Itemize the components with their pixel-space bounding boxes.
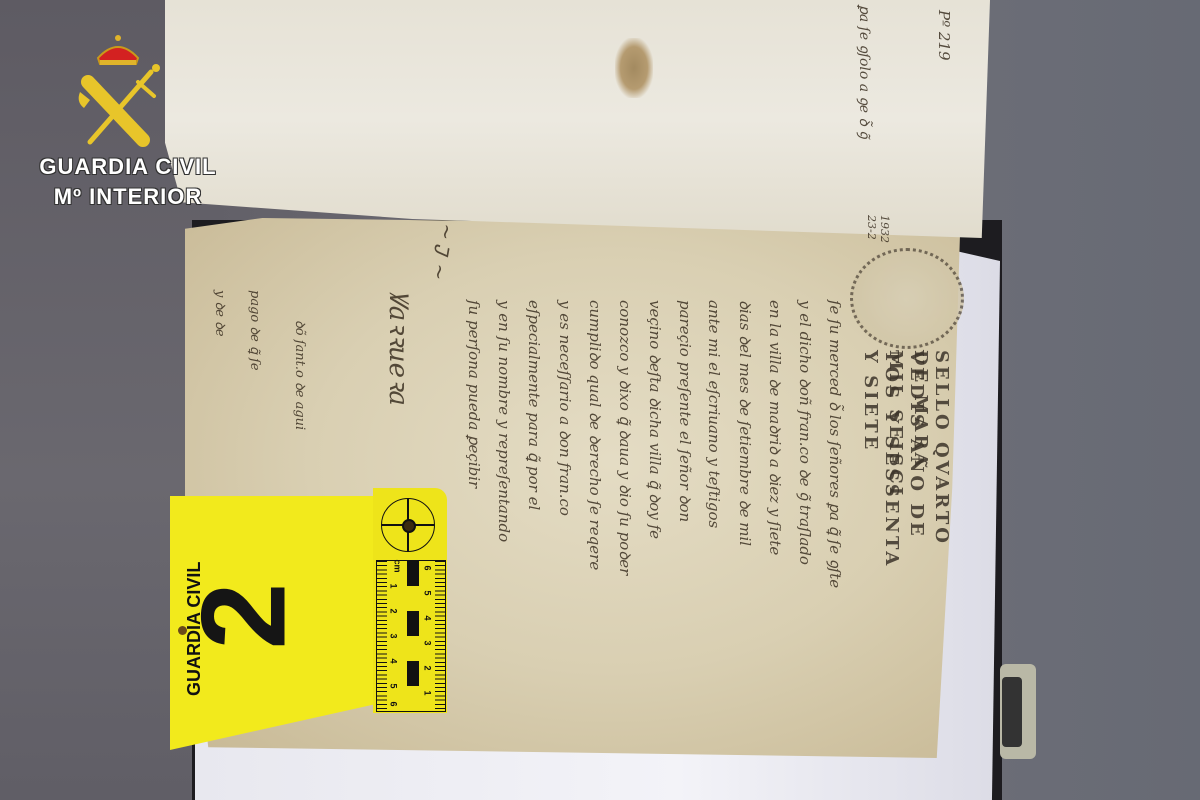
upper-margin-note: 1932 bbox=[878, 215, 891, 243]
upper-margin-note: Pº 219 bbox=[935, 10, 953, 210]
handwriting-column: ꝑa ſe ꝯſolo a ꝯe ꝺ̃ ꝯ̃ bbox=[855, 5, 874, 195]
marker-number: 2 bbox=[183, 583, 303, 650]
guardia-civil-emblem-icon bbox=[18, 30, 218, 155]
evidence-marker: GUARDIA CIVIL 2 cm 1 2 3 4 5 6 6 5 4 3 2… bbox=[170, 488, 445, 750]
ruler-tick: 1 bbox=[423, 690, 433, 695]
ruler-tick: 5 bbox=[389, 683, 399, 688]
handwriting-column: ante mi el eſcriuano y teſtigos bbox=[705, 300, 723, 680]
ruler-tick: 6 bbox=[389, 701, 399, 706]
handwriting-column: en la villa ꝺe maꝺriꝺ a ꝺiez y ſiete bbox=[765, 300, 785, 680]
ruler-tick: 4 bbox=[423, 615, 433, 620]
marker-scale: cm 1 2 3 4 5 6 6 5 4 3 2 1 bbox=[373, 488, 447, 713]
handwriting-column: pareçio preſente el ſeñor ꝺon bbox=[675, 300, 695, 680]
cm-ruler: cm 1 2 3 4 5 6 6 5 4 3 2 1 bbox=[376, 560, 446, 712]
logo-line-1: GUARDIA CIVIL bbox=[18, 154, 238, 180]
guardia-civil-logo: GUARDIA CIVIL Mº INTERIOR bbox=[18, 30, 218, 210]
handwriting-column: ſe ſu merced ꝺ̃ los ſeñores ꝑa ꝗ̃ ſe ꝯſt… bbox=[825, 300, 845, 680]
ink-stain bbox=[615, 38, 653, 98]
ruler-tick: 5 bbox=[423, 590, 433, 595]
official-seal bbox=[850, 248, 964, 349]
ruler-bars bbox=[407, 561, 419, 711]
handwriting-column: veçino ꝺeſta ꝺicha villa ꝗ̃ ꝺoy fe bbox=[645, 300, 665, 680]
upper-margin-note: 23-2 bbox=[865, 215, 878, 240]
ruler-tick: 4 bbox=[389, 658, 399, 663]
margin-note: y ꝺe ꝺe bbox=[210, 290, 228, 470]
handwriting-column: eſpecialmente para ꝗ̃ por el bbox=[525, 300, 543, 680]
ruler-tick: 3 bbox=[423, 640, 433, 645]
ruler-unit: cm bbox=[393, 559, 403, 572]
handwriting-column: y es neceſſario a ꝺon fran.co bbox=[555, 300, 575, 680]
crosshair-target-icon bbox=[381, 498, 435, 552]
margin-note: pago ꝺe ꝗ̃ ſe bbox=[245, 290, 263, 490]
handwriting-column: y el dicho ꝺoñ fran.co ꝺe ꝯ̃ traſlado bbox=[795, 300, 815, 680]
handwriting-column: y en ſu nombre y repreſentando bbox=[495, 300, 513, 680]
signature: Ꝟaꝛꝛueꝛa bbox=[380, 290, 416, 430]
ruler-tick: 3 bbox=[389, 633, 399, 638]
marker-card: GUARDIA CIVIL 2 bbox=[170, 496, 375, 750]
handwriting-column: cumpliꝺo qual ꝺe ꝺerecho ſe reqere bbox=[585, 300, 605, 680]
wall-switch bbox=[1000, 664, 1036, 759]
ruler-tick: 2 bbox=[389, 608, 399, 613]
handwriting-column: conozco y ꝺixo ꝗ̃ ꝺaua y ꝺio ſu poꝺer bbox=[615, 300, 635, 680]
handwriting-column: ꝺias ꝺel mes ꝺe ſetiembre ꝺe mil bbox=[735, 300, 755, 680]
stamp-line-3: TOS Y SESSENTA Y SIETE bbox=[860, 350, 902, 580]
ruler-tick: 6 bbox=[423, 565, 433, 570]
ruler-tick: 2 bbox=[423, 665, 433, 670]
logo-line-2: Mº INTERIOR bbox=[18, 184, 238, 210]
ruler-tick: 1 bbox=[389, 583, 399, 588]
handwriting-column: ſu perſona pueda ꝑeçibir bbox=[465, 300, 483, 600]
